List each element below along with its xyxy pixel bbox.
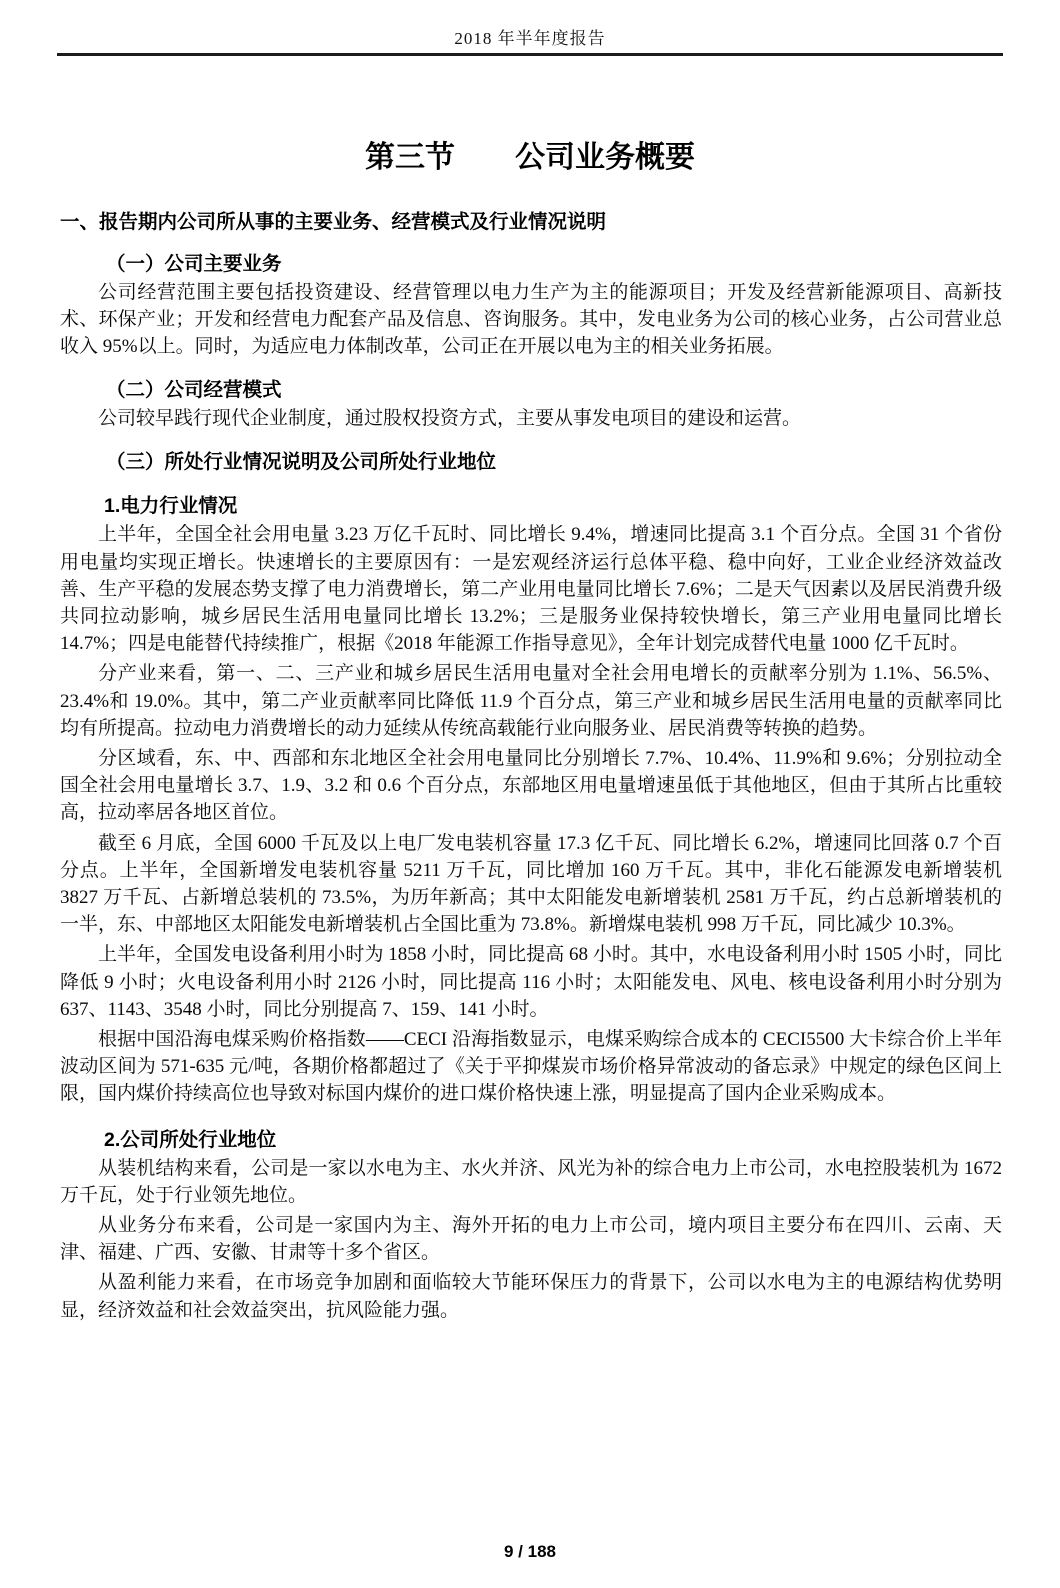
paragraph-company-business-model: 公司较早践行现代企业制度，通过股权投资方式，主要从事发电项目的建设和运营。	[60, 405, 1002, 432]
heading-company-industry-position: 2.公司所处行业地位	[60, 1124, 1002, 1152]
paragraph-coal-price-index: 根据中国沿海电煤采购价格指数——CECI 沿海指数显示，电煤采购综合成本的 CE…	[60, 1026, 1002, 1108]
paragraph-installed-capacity: 截至 6 月底，全国 6000 千瓦及以上电厂发电装机容量 17.3 亿千瓦、同…	[60, 830, 1002, 939]
header-divider	[57, 53, 1003, 56]
page-header: 2018 年半年度报告	[0, 0, 1060, 49]
heading-company-business-model: （二）公司经营模式	[60, 374, 1002, 402]
paragraph-electricity-consumption: 上半年，全国全社会用电量 3.23 万亿千瓦时、同比增长 9.4%，增速同比提高…	[60, 521, 1002, 657]
paragraph-company-main-business: 公司经营范围主要包括投资建设、经营管理以电力生产为主的能源项目；开发及经营新能源…	[60, 279, 1002, 361]
report-page: 2018 年半年度报告 第三节 公司业务概要 一、报告期内公司所从事的主要业务、…	[0, 0, 1060, 1588]
page-number: 9 / 188	[504, 1542, 556, 1561]
paragraph-regional-growth: 分区域看，东、中、西部和东北地区全社会用电量同比分别增长 7.7%、10.4%、…	[60, 745, 1002, 827]
heading-main-business-and-industry: 一、报告期内公司所从事的主要业务、经营模式及行业情况说明	[60, 206, 1002, 234]
heading-company-main-business: （一）公司主要业务	[60, 248, 1002, 276]
report-header-title: 2018 年半年度报告	[454, 29, 605, 48]
paragraph-business-distribution: 从业务分布来看，公司是一家国内为主、海外开拓的电力上市公司，境内项目主要分布在四…	[60, 1212, 1002, 1266]
page-footer: 9 / 188	[0, 1542, 1060, 1562]
heading-power-industry-situation: 1.电力行业情况	[60, 490, 1002, 518]
paragraph-installed-structure: 从装机结构来看，公司是一家以水电为主、水火并济、风光为补的综合电力上市公司，水电…	[60, 1155, 1002, 1209]
paragraph-profitability: 从盈利能力来看，在市场竞争加剧和面临较大节能环保压力的背景下，公司以水电为主的电…	[60, 1269, 1002, 1323]
heading-industry-overview-and-position: （三）所处行业情况说明及公司所处行业地位	[60, 446, 1002, 474]
section-title: 第三节 公司业务概要	[0, 132, 1060, 176]
paragraph-utilization-hours: 上半年，全国发电设备利用小时为 1858 小时，同比提高 68 小时。其中，水电…	[60, 941, 1002, 1023]
paragraph-industry-contribution: 分产业来看，第一、二、三产业和城乡居民生活用电量对全社会用电增长的贡献率分别为 …	[60, 660, 1002, 742]
